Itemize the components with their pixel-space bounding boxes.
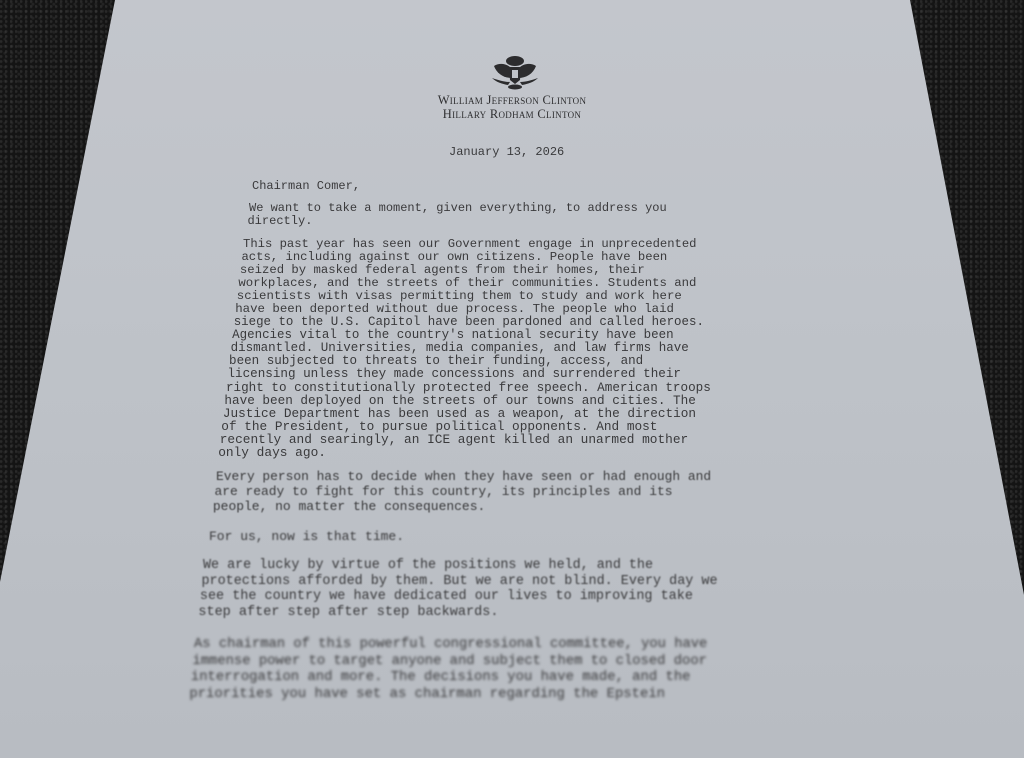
letterhead-name-1: William Jefferson Clinton: [0, 93, 1024, 108]
letterhead-name-2: Hillary Rodham Clinton: [0, 107, 1024, 122]
letter-body-line: acts, including against our own citizens…: [241, 250, 667, 264]
letter-body-line: see the country we have dedicated our li…: [200, 589, 693, 604]
salutation: Chairman Comer,: [252, 179, 360, 193]
letter-body-line: priorities you have set as chairman rega…: [189, 686, 665, 702]
great-seal-eagle-icon: [488, 52, 542, 90]
letter-body-line: immense power to target anyone and subje…: [192, 653, 707, 669]
letter-body-line: This past year has seen our Government e…: [243, 237, 696, 251]
letter-body-line: We are lucky by virtue of the positions …: [203, 558, 653, 573]
letter-body-line: Every person has to decide when they hav…: [216, 469, 711, 484]
letter-body-line: Agencies vital to the country's national…: [232, 328, 673, 342]
letter-body-line: scientists with visas permitting them to…: [237, 289, 682, 303]
letter-body-line: only days ago.: [218, 445, 326, 460]
letter-body-line: workplaces, and the streets of their com…: [238, 276, 696, 290]
letter-body-line: step after step after step backwards.: [198, 605, 498, 620]
letter-body-line: have been deported without due process. …: [235, 302, 674, 316]
letter-body-line: seized by masked federal agents from the…: [240, 263, 645, 277]
letter-body-line: licensing unless they made concessions a…: [228, 367, 681, 381]
letter-body-line: We want to take a moment, given everythi…: [249, 201, 667, 215]
letter-body-line: siege to the U.S. Capitol have been pard…: [234, 315, 704, 329]
letter-body-line: directly.: [247, 214, 312, 228]
letter-body-line: interrogation and more. The decisions yo…: [191, 669, 691, 685]
letter-date: January 13, 2026: [449, 145, 564, 159]
letter-body-line: dismantled. Universities, media companie…: [231, 341, 689, 355]
letter-body-line: For us, now is that time.: [209, 529, 404, 544]
letter-body-line: protections afforded by them. But we are…: [201, 574, 717, 589]
letter-body-line: are ready to fight for this country, its…: [214, 484, 672, 499]
letter-body-line: been subjected to threats to their fundi…: [229, 354, 643, 368]
letter-body-line: As chairman of this powerful congression…: [194, 637, 707, 652]
letter-body-line: people, no matter the consequences.: [213, 499, 485, 514]
